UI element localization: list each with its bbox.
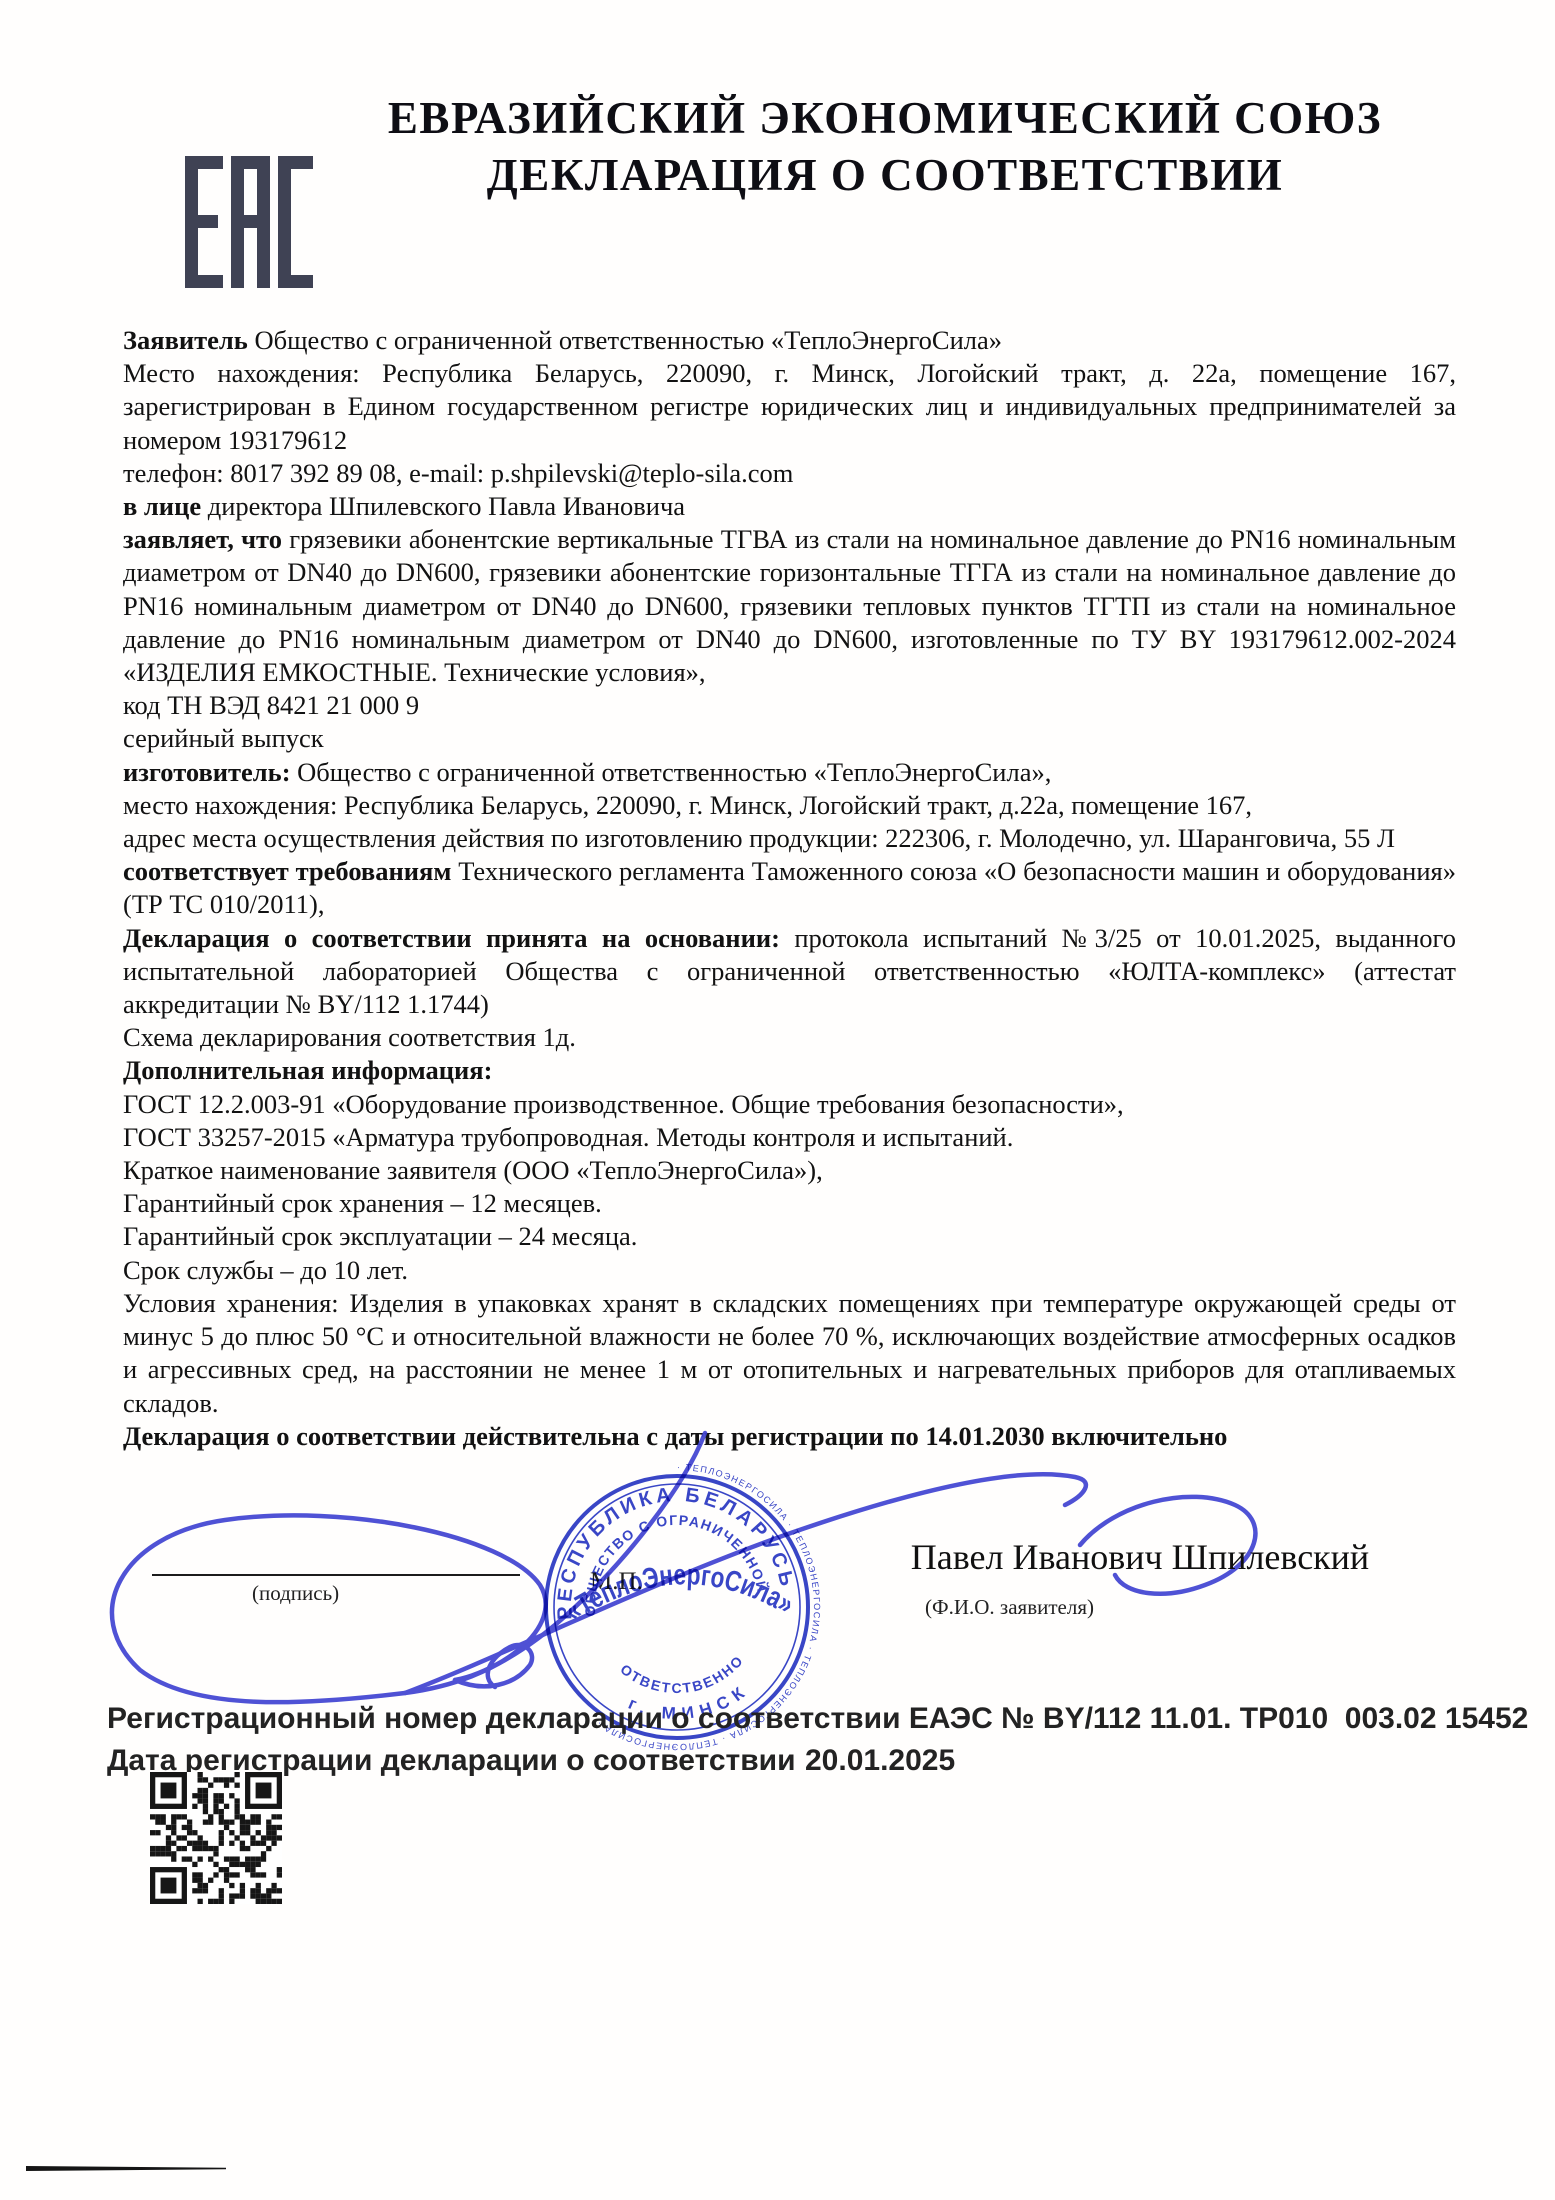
declaration-document: ЕВРАЗИЙСКИЙ ЭКОНОМИЧЕСКИЙ СОЮЗ ДЕКЛАРАЦИ…: [0, 0, 1555, 2200]
body-paragraphs: Заявитель Общество с ограниченной ответс…: [123, 324, 1456, 1453]
body-paragraph: заявляет, что грязевики абонентские верт…: [123, 523, 1456, 689]
applicant-name: Павел Иванович Шпилевский: [890, 1536, 1390, 1578]
applicant-name-caption: (Ф.И.О. заявителя): [925, 1595, 1094, 1620]
body-paragraph: Краткое наименование заявителя (ООО «Теп…: [123, 1154, 1456, 1187]
registration-block: Регистрационный номер декларации о соотв…: [107, 1698, 1507, 1782]
body-paragraph: Дополнительная информация:: [123, 1054, 1456, 1087]
registration-number-label: Регистрационный номер декларации о соотв…: [107, 1702, 1035, 1735]
body-paragraph: изготовитель: Общество с ограниченной от…: [123, 756, 1456, 789]
body-paragraph: в лице директора Шпилевского Павла Ивано…: [123, 490, 1456, 523]
page-title: ЕВРАЗИЙСКИЙ ЭКОНОМИЧЕСКИЙ СОЮЗ: [230, 90, 1540, 147]
registration-number-value: BY/112 11.01. ТР010 003.02 15452: [1043, 1702, 1528, 1735]
body-paragraph: Декларация о соответствии принята на осн…: [123, 922, 1456, 1022]
body-paragraph: Место нахождения: Республика Беларусь, 2…: [123, 357, 1456, 457]
body-paragraph: ГОСТ 12.2.003-91 «Оборудование производс…: [123, 1088, 1456, 1121]
registration-number-line: Регистрационный номер декларации о соотв…: [107, 1698, 1507, 1740]
scan-artifact-line: [26, 2166, 226, 2171]
body-paragraph: соответствует требованиям Технического р…: [123, 855, 1456, 921]
body-paragraph: Условия хранения: Изделия в упаковках хр…: [123, 1287, 1456, 1420]
body-paragraph: код ТН ВЭД 8421 21 000 9: [123, 689, 1456, 722]
qr-code: [150, 1772, 282, 1904]
body-paragraph: серийный выпуск: [123, 722, 1456, 755]
registration-date-line: Дата регистрации декларации о соответств…: [107, 1740, 1507, 1782]
body-paragraph: адрес места осуществления действия по из…: [123, 822, 1456, 855]
body-paragraph: место нахождения: Республика Беларусь, 2…: [123, 789, 1456, 822]
body-paragraph: Срок службы – до 10 лет.: [123, 1254, 1456, 1287]
body-paragraph: ГОСТ 33257-2015 «Арматура трубопроводная…: [123, 1121, 1456, 1154]
body-paragraph: Гарантийный срок эксплуатации – 24 месяц…: [123, 1220, 1456, 1253]
body-paragraph: Заявитель Общество с ограниченной ответс…: [123, 324, 1456, 357]
body-paragraph: Схема декларирования соответствия 1д.: [123, 1021, 1456, 1054]
registration-date-value: 20.01.2025: [805, 1740, 955, 1782]
document-header: ЕВРАЗИЙСКИЙ ЭКОНОМИЧЕСКИЙ СОЮЗ ДЕКЛАРАЦИ…: [230, 90, 1540, 204]
body-paragraph: телефон: 8017 392 89 08, e-mail: p.shpil…: [123, 457, 1456, 490]
page-subtitle: ДЕКЛАРАЦИЯ О СООТВЕТСТВИИ: [230, 147, 1540, 204]
body-paragraph: Гарантийный срок хранения – 12 месяцев.: [123, 1187, 1456, 1220]
